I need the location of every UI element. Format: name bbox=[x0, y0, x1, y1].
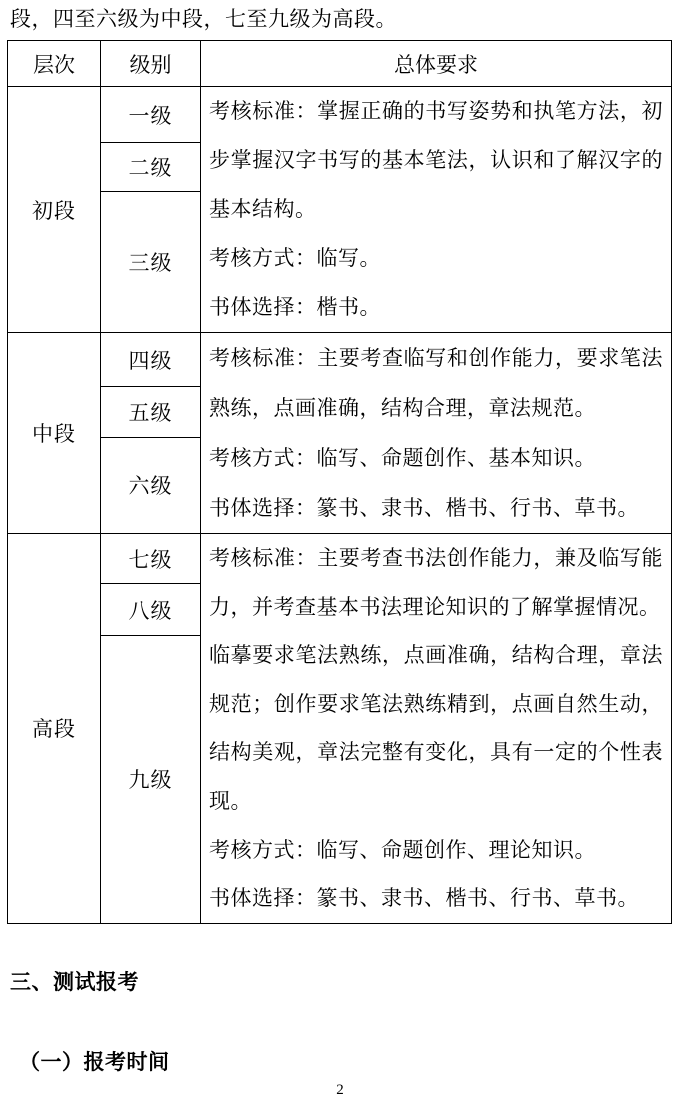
header-tier: 层次 bbox=[8, 41, 101, 87]
requirement-paragraph: 考核标准：主要考查书法创作能力，兼及临写能力，并考查基本书法理论知识的了解掌握情… bbox=[209, 534, 663, 631]
requirement-paragraph: 书体选择：篆书、隶书、楷书、行书、草书。 bbox=[209, 874, 663, 923]
subsection-heading: （一）报考时间 bbox=[19, 1048, 671, 1076]
requirement-paragraph: 考核标准：掌握正确的书写姿势和执笔方法，初步掌握汉字书写的基本笔法，认识和了解汉… bbox=[209, 87, 663, 234]
grade-cell-8: 八级 bbox=[101, 584, 201, 636]
tier-cell-gaoduan: 高段 bbox=[8, 534, 101, 924]
tier-cell-zhongduan: 中段 bbox=[8, 333, 101, 534]
requirement-paragraph: 考核方式：临写、命题创作、基本知识。 bbox=[209, 433, 663, 483]
grade-cell-3: 三级 bbox=[101, 192, 201, 333]
requirement-paragraph: 考核标准：主要考查临写和创作能力，要求笔法熟练，点画准确，结构合理，章法规范。 bbox=[209, 333, 663, 433]
grade-cell-4: 四级 bbox=[101, 333, 201, 387]
section-heading: 三、测试报考 bbox=[10, 968, 671, 996]
requirement-paragraph: 考核方式：临写、命题创作、理论知识。 bbox=[209, 826, 663, 875]
grade-cell-9: 九级 bbox=[101, 636, 201, 924]
requirements-cell-zhongduan: 考核标准：主要考查临写和创作能力，要求笔法熟练，点画准确，结构合理，章法规范。 … bbox=[201, 333, 672, 534]
grade-cell-5: 五级 bbox=[101, 387, 201, 437]
table-row: 高段 七级 考核标准：主要考查书法创作能力，兼及临写能力，并考查基本书法理论知识… bbox=[8, 534, 672, 584]
header-requirements: 总体要求 bbox=[201, 41, 672, 87]
grade-cell-2: 二级 bbox=[101, 143, 201, 192]
requirement-paragraph: 考核方式：临写。 bbox=[209, 234, 663, 283]
requirement-paragraph: 书体选择：楷书。 bbox=[209, 283, 663, 332]
tier-cell-chuduan: 初段 bbox=[8, 87, 101, 333]
table-row: 中段 四级 考核标准：主要考查临写和创作能力，要求笔法熟练，点画准确，结构合理，… bbox=[8, 333, 672, 387]
table-row: 初段 一级 考核标准：掌握正确的书写姿势和执笔方法，初步掌握汉字书写的基本笔法，… bbox=[8, 87, 672, 143]
intro-paragraph: 段，四至六级为中段，七至九级为高段。 bbox=[10, 6, 671, 32]
requirement-paragraph: 书体选择：篆书、隶书、楷书、行书、草书。 bbox=[209, 483, 663, 533]
document-page: 段，四至六级为中段，七至九级为高段。 层次 级别 总体要求 初段 一级 考核标准… bbox=[0, 0, 680, 1076]
requirement-paragraph: 临摹要求笔法熟练，点画准确，结构合理，章法规范；创作要求笔法熟练精到，点画自然生… bbox=[209, 631, 663, 825]
grade-cell-1: 一级 bbox=[101, 87, 201, 143]
requirements-cell-chuduan: 考核标准：掌握正确的书写姿势和执笔方法，初步掌握汉字书写的基本笔法，认识和了解汉… bbox=[201, 87, 672, 333]
grade-cell-7: 七级 bbox=[101, 534, 201, 584]
grade-cell-6: 六级 bbox=[101, 437, 201, 533]
page-number: 2 bbox=[0, 1082, 680, 1099]
grading-table: 层次 级别 总体要求 初段 一级 考核标准：掌握正确的书写姿势和执笔方法，初步掌… bbox=[7, 40, 672, 924]
table-header-row: 层次 级别 总体要求 bbox=[8, 41, 672, 87]
header-grade: 级别 bbox=[101, 41, 201, 87]
requirements-cell-gaoduan: 考核标准：主要考查书法创作能力，兼及临写能力，并考查基本书法理论知识的了解掌握情… bbox=[201, 534, 672, 924]
